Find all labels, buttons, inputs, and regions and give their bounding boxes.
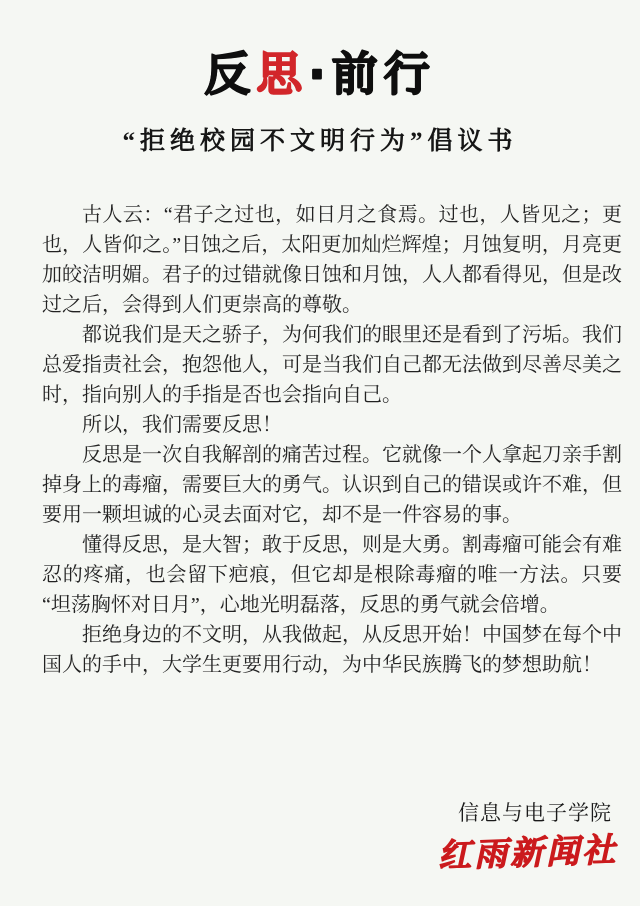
press-logo-calligraphy: 红雨新闻社 (437, 833, 618, 875)
department-name: 信息与电子学院 (438, 801, 618, 825)
page-subtitle: “拒绝校园不文明行为”倡议书 (0, 125, 640, 159)
paragraph-5: 懂得反思，是大智；敢于反思，则是大勇。割毒瘤可能会有难忍的疼痛，也会留下疤痕，但… (42, 530, 622, 620)
paragraph-2: 都说我们是天之骄子，为何我们的眼里还是看到了污垢。我们总爱指责社会，抱怨他人，可… (42, 320, 622, 410)
title-part-black-2: ·前行 (308, 47, 435, 101)
proposal-poster: 反思·前行 “拒绝校园不文明行为”倡议书 古人云：“君子之过也，如日月之食焉。过… (0, 0, 640, 906)
title-part-black-1: 反 (204, 47, 256, 101)
signature-block: 信息与电子学院 红雨新闻社 (438, 801, 618, 872)
paragraph-3: 所以，我们需要反思！ (42, 410, 622, 440)
paragraph-6: 拒绝身边的不文明，从我做起，从反思开始！中国梦在每个中国人的手中，大学生更要用行… (42, 620, 622, 680)
proposal-body: 古人云：“君子之过也，如日月之食焉。过也，人皆见之；更也，人皆仰之。”日蚀之后，… (0, 200, 640, 680)
paragraph-4: 反思是一次自我解剖的痛苦过程。它就像一个人拿起刀亲手割掉身上的毒瘤，需要巨大的勇… (42, 440, 622, 530)
page-title: 反思·前行 (0, 0, 640, 104)
title-part-red: 思 (256, 47, 308, 101)
paragraph-1: 古人云：“君子之过也，如日月之食焉。过也，人皆见之；更也，人皆仰之。”日蚀之后，… (42, 200, 622, 320)
